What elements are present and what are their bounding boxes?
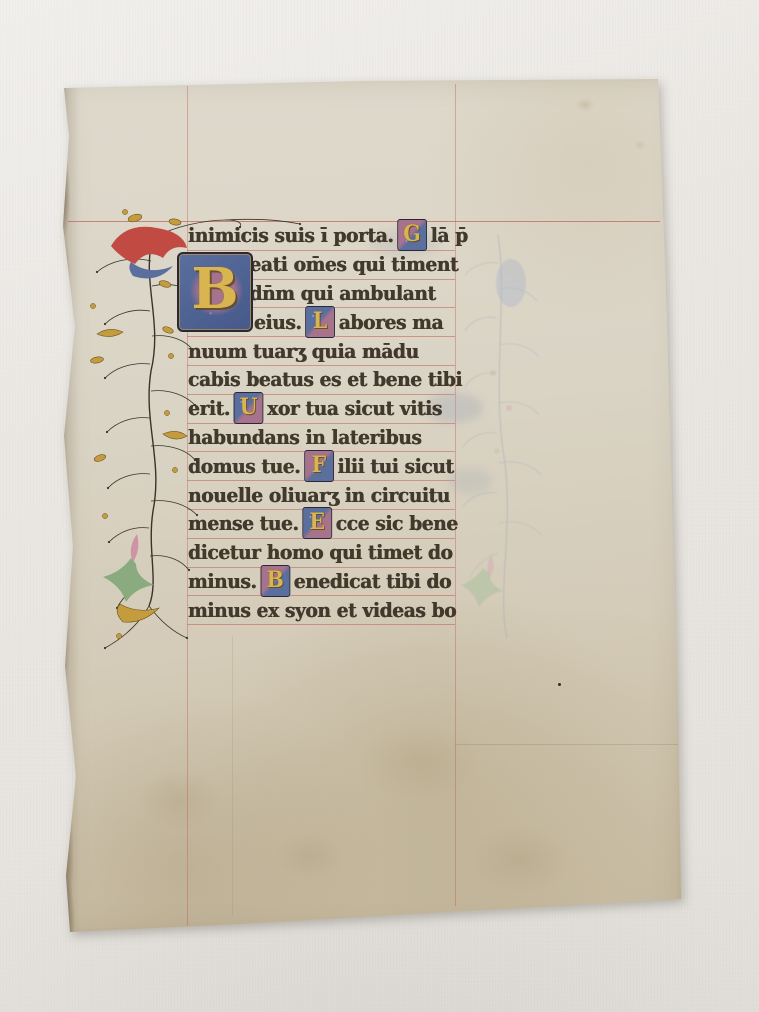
green-leaf xyxy=(103,534,154,602)
text-line: inimicis suis ī porta. G lā p̄ xyxy=(188,221,448,250)
illuminated-initial-F: F xyxy=(304,450,334,482)
line-text: ilii tui sicut xyxy=(337,454,453,478)
line-text: cabis beatus es et bene tibi xyxy=(188,367,462,391)
text-line: nouelle oliuarʒ in circuitu xyxy=(188,480,448,509)
text-line: mense tue. E cce sic bene xyxy=(188,509,448,538)
line-text: erit. xyxy=(188,396,230,420)
crease-line xyxy=(232,636,233,916)
ghost-dots xyxy=(490,370,512,454)
illuminated-initial-G: G xyxy=(397,219,427,251)
ink-fleck xyxy=(558,683,561,686)
line-text: inimicis suis ī porta. xyxy=(188,223,393,247)
line-text: minus. xyxy=(188,569,257,593)
verso-showthrough-decoration xyxy=(453,223,573,653)
illuminated-initial-B: B xyxy=(260,565,290,597)
line-text: lā p̄ xyxy=(431,223,468,247)
ghost-acanthus-blue xyxy=(496,259,526,307)
drop-cap-initial-B: B xyxy=(177,252,253,332)
acanthus-leaf xyxy=(111,227,187,279)
line-text: nuum tuarʒ quia mādu xyxy=(188,339,419,363)
text-line: cabis beatus es et bene tibi xyxy=(188,365,448,394)
line-text: nouelle oliuarʒ in circuitu xyxy=(188,483,450,507)
manuscript-leaf: B inimicis suis ī porta. G lā p̄ eati om… xyxy=(60,76,682,934)
illuminated-initial-E: E xyxy=(302,507,332,539)
photo-background: B inimicis suis ī porta. G lā p̄ eati om… xyxy=(0,0,759,1012)
line-text: eati om̄es qui timent xyxy=(249,252,458,276)
text-line: minus. B enedicat tibi do xyxy=(188,567,448,596)
text-line: erit. U xor tua sicut vitis xyxy=(188,394,448,423)
line-text: minus ex syon et videas bo xyxy=(188,598,456,622)
line-text: habundans in lateribus xyxy=(188,425,421,449)
line-text: enedicat tibi do xyxy=(294,569,451,593)
line-text: domus tue. xyxy=(188,454,300,478)
line-text: mense tue. xyxy=(188,511,299,535)
vine-stem xyxy=(149,236,156,606)
line-text: xor tua sicut vitis xyxy=(267,396,442,420)
drop-cap-letter: B xyxy=(179,256,251,322)
line-text: abores ma xyxy=(339,310,443,334)
text-line: nuum tuarʒ quia mādu xyxy=(188,336,448,365)
line-text: cce sic bene xyxy=(336,511,458,535)
illuminated-initial-U: U xyxy=(234,392,264,424)
line-text: dn̄m qui ambulant xyxy=(249,281,435,305)
illuminated-initial-L: L xyxy=(305,306,335,338)
text-line: habundans in lateribus xyxy=(188,423,448,452)
text-line: domus tue. F ilii tui sicut xyxy=(188,451,448,480)
text-line: minus ex syon et videas bo xyxy=(188,595,448,624)
vellum-surface: B inimicis suis ī porta. G lā p̄ eati om… xyxy=(60,76,682,934)
crease-line xyxy=(455,744,678,745)
text-line: dicetur homo qui timet do xyxy=(188,538,448,567)
line-text: dicetur homo qui timet do xyxy=(188,540,453,564)
